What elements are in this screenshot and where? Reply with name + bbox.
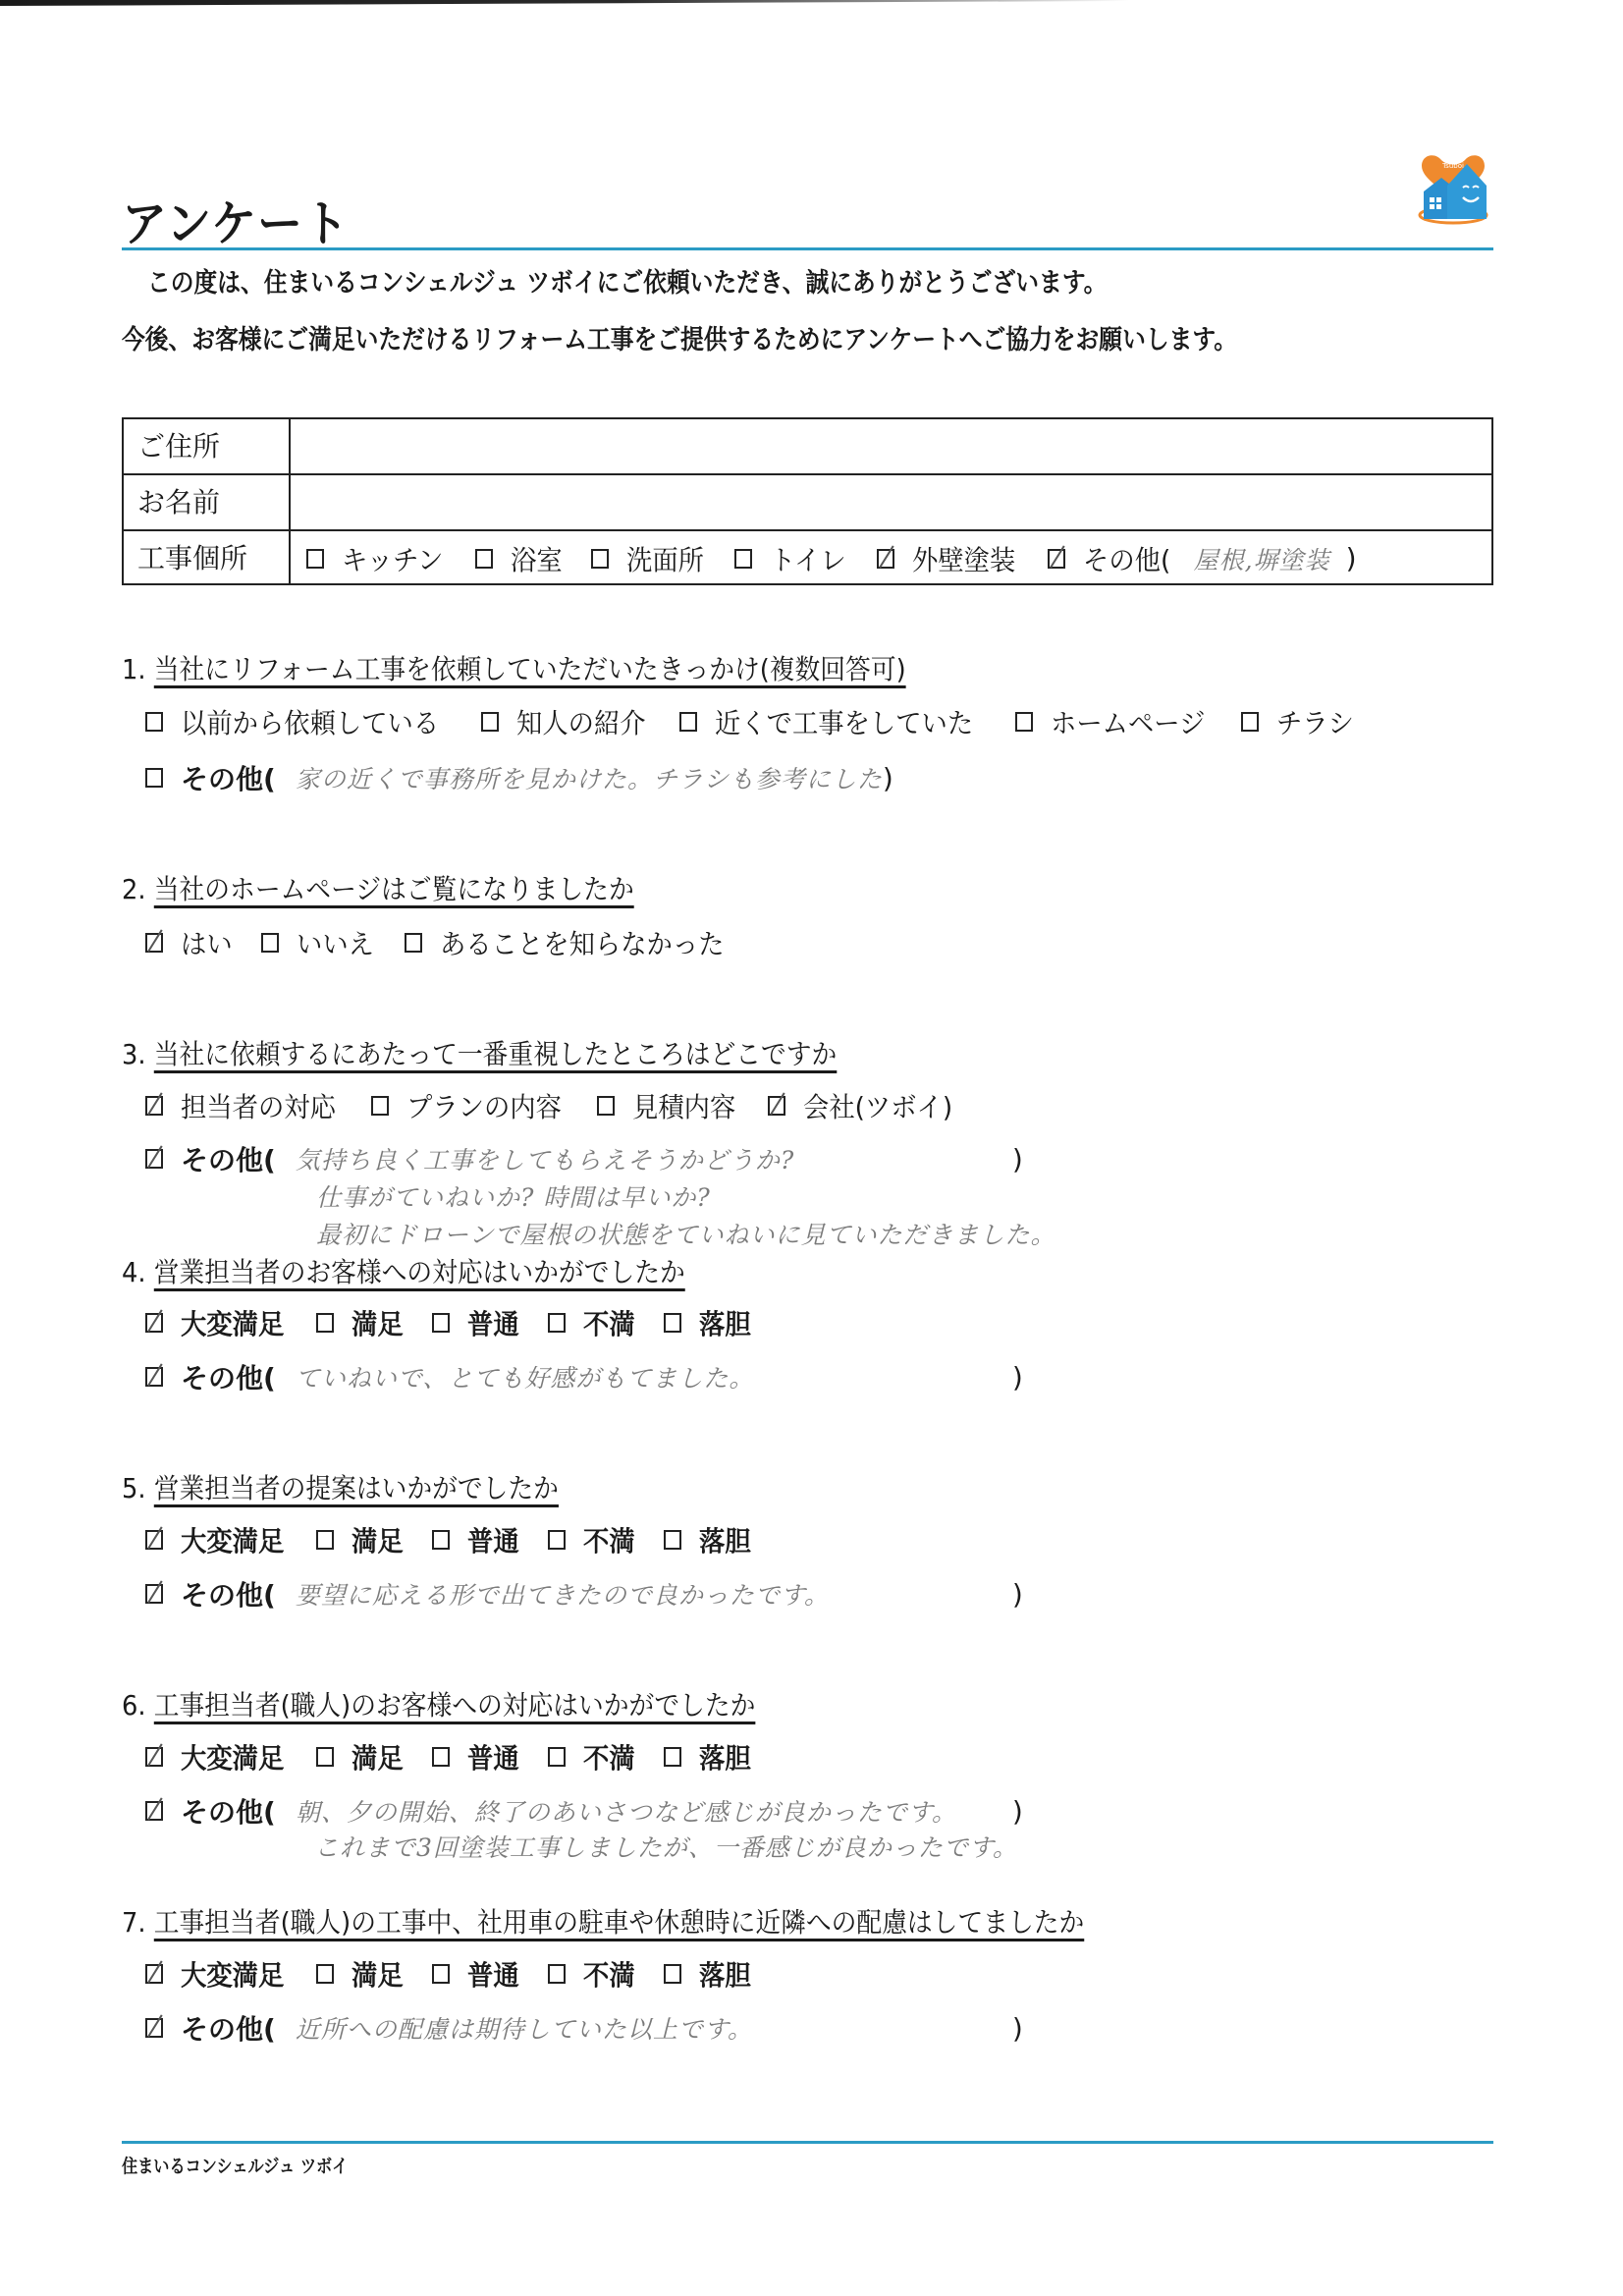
q5-other-text[interactable]: 要望に応える形で出てきたので良かったです。 [296, 1576, 1012, 1612]
checkbox[interactable] [432, 1964, 450, 1984]
q5-option-satisfied[interactable]: 満足 [316, 1520, 406, 1559]
question-3-title: 3. 当社に依頼するにあたって一番重視したところはどこですか [122, 1033, 837, 1072]
q7-option-satisfied[interactable]: 満足 [316, 1954, 406, 1994]
q3-option-staff[interactable]: 担当者の対応 [145, 1086, 346, 1125]
q6-other-text[interactable]: 朝、夕の開始、終了のあいさつなど感じが良かったです。 [296, 1793, 1012, 1829]
company-logo-icon: Tsuboi [1414, 152, 1492, 231]
q6-option-dissatisfied[interactable]: 不満 [548, 1737, 638, 1777]
checkbox[interactable] [1015, 712, 1033, 732]
q7-option-neutral[interactable]: 普通 [432, 1954, 522, 1994]
question-7-options: 大変満足 満足 普通 不満 落胆 [145, 1954, 780, 1994]
checkbox[interactable] [664, 1747, 681, 1767]
question-6-title: 6. 工事担当者(職人)のお客様への対応はいかがでしたか [122, 1684, 755, 1723]
address-field[interactable] [293, 419, 1491, 473]
option-washroom[interactable]: 洗面所 [591, 539, 709, 578]
intro-line-1: この度は、住まいるコンシェルジュ ツボイにご依頼いただき、誠にありがとうございま… [147, 261, 1107, 300]
q6-option-disappointed[interactable]: 落胆 [664, 1737, 754, 1777]
checkbox-checked[interactable] [145, 2018, 163, 2038]
checkbox[interactable] [316, 1313, 334, 1333]
checkbox[interactable] [405, 933, 422, 953]
question-4-other: その他( ていねいで、とても好感がもてました。 ) [145, 1357, 1023, 1396]
q5-option-very-satisfied[interactable]: 大変満足 [145, 1520, 291, 1559]
q4-other-text[interactable]: ていねいで、とても好感がもてました。 [296, 1359, 1012, 1394]
question-1-other: その他( 家の近くで事務所を見かけた。チラシも参考にした ) [145, 758, 893, 797]
name-row: お名前 [124, 475, 1491, 531]
q2-option-yes[interactable]: はい [145, 923, 236, 962]
page-title: アンケート [122, 185, 350, 255]
option-kitchen[interactable]: キッチン [306, 539, 450, 578]
address-label: ご住所 [124, 419, 291, 473]
option-toilet[interactable]: トイレ [734, 539, 851, 578]
checkbox[interactable] [481, 712, 499, 732]
question-4-title: 4. 営業担当者のお客様への対応はいかがでしたか [122, 1251, 685, 1290]
question-2-title: 2. 当社のホームページはご覧になりましたか [122, 868, 634, 907]
header-rule [122, 247, 1493, 250]
q6-option-satisfied[interactable]: 満足 [316, 1737, 406, 1777]
checkbox[interactable] [261, 933, 279, 953]
checkbox[interactable] [548, 1964, 566, 1984]
q3-option-plan[interactable]: プランの内容 [371, 1086, 571, 1125]
q4-option-satisfied[interactable]: 満足 [316, 1303, 406, 1342]
q5-option-dissatisfied[interactable]: 不満 [548, 1520, 638, 1559]
checkbox-checked[interactable] [145, 1096, 163, 1116]
option-bathroom[interactable]: 浴室 [475, 539, 566, 578]
q7-other-text[interactable]: 近所への配慮は期待していた以上です。 [296, 2010, 1012, 2046]
checkbox[interactable] [475, 549, 493, 569]
address-row: ご住所 [124, 419, 1491, 475]
checkbox[interactable] [371, 1096, 389, 1116]
checkbox-checked[interactable] [145, 1801, 163, 1821]
q5-option-disappointed[interactable]: 落胆 [664, 1520, 754, 1559]
checkbox[interactable] [664, 1313, 681, 1333]
customer-info-table: ご住所 お名前 工事個所 キッチン 浴室 洗面所 トイレ 外壁塗装 その他( 屋… [122, 417, 1493, 585]
checkbox-checked[interactable] [1048, 549, 1065, 569]
question-5-other: その他( 要望に応える形で出てきたので良かったです。 ) [145, 1574, 1023, 1613]
location-label: 工事個所 [124, 531, 291, 585]
question-5-title: 5. 営業担当者の提案はいかがでしたか [122, 1467, 559, 1506]
q1-option-previous[interactable]: 以前から依頼している [145, 702, 456, 741]
checkbox[interactable] [316, 1747, 334, 1767]
checkbox[interactable] [679, 712, 697, 732]
question-1-options: 以前から依頼している 知人の紹介 近くで工事をしていた ホームページ チラシ [145, 702, 1384, 741]
checkbox-checked[interactable] [145, 1530, 163, 1550]
q4-option-very-satisfied[interactable]: 大変満足 [145, 1303, 291, 1342]
q6-option-neutral[interactable]: 普通 [432, 1737, 522, 1777]
checkbox[interactable] [145, 712, 163, 732]
checkbox[interactable] [664, 1530, 681, 1550]
checkbox[interactable] [432, 1530, 450, 1550]
option-other[interactable]: その他( [1048, 539, 1176, 578]
checkbox[interactable] [306, 549, 324, 569]
q2-option-no[interactable]: いいえ [261, 923, 379, 962]
checkbox-checked[interactable] [145, 1367, 163, 1387]
checkbox[interactable] [145, 768, 163, 788]
checkbox[interactable] [664, 1964, 681, 1984]
footer-company: 住まいるコンシェルジュ ツボイ [122, 2152, 348, 2178]
checkbox[interactable] [734, 549, 752, 569]
option-exterior-paint[interactable]: 外壁塗装 [877, 539, 1022, 578]
q2-option-unaware[interactable]: あることを知らなかった [405, 923, 742, 962]
checkbox[interactable] [432, 1313, 450, 1333]
q7-option-dissatisfied[interactable]: 不満 [548, 1954, 638, 1994]
name-field[interactable] [293, 475, 1491, 529]
checkbox-checked[interactable] [145, 1584, 163, 1604]
q3-other-text-line2[interactable]: 仕事がていねいか? 時間は早いか? [316, 1178, 711, 1214]
q3-other-text-line3[interactable]: 最初にドローンで屋根の状態をていねいに見ていただきました。 [316, 1216, 1056, 1251]
q7-option-disappointed[interactable]: 落胆 [664, 1954, 754, 1994]
checkbox-checked[interactable] [768, 1096, 785, 1116]
question-4-options: 大変満足 満足 普通 不満 落胆 [145, 1303, 780, 1342]
question-6-other: その他( 朝、夕の開始、終了のあいさつなど感じが良かったです。 ) [145, 1791, 1023, 1831]
q4-option-dissatisfied[interactable]: 不満 [548, 1303, 638, 1342]
checkbox[interactable] [1241, 712, 1259, 732]
question-7-title: 7. 工事担当者(職人)の工事中、社用車の駐車や休憩時に近隣への配慮はしてました… [122, 1901, 1084, 1941]
location-options: キッチン 浴室 洗面所 トイレ 外壁塗装 その他( 屋根,塀塗装 ) [293, 531, 1491, 585]
svg-text:Tsuboi: Tsuboi [1441, 162, 1464, 170]
name-label: お名前 [124, 475, 291, 529]
checkbox[interactable] [316, 1964, 334, 1984]
q4-option-disappointed[interactable]: 落胆 [664, 1303, 754, 1342]
q6-option-very-satisfied[interactable]: 大変満足 [145, 1737, 291, 1777]
checkbox[interactable] [548, 1313, 566, 1333]
checkbox[interactable] [597, 1096, 615, 1116]
q3-option-estimate[interactable]: 見積内容 [597, 1086, 742, 1125]
checkbox-checked[interactable] [145, 1149, 163, 1169]
checkbox-checked[interactable] [145, 1313, 163, 1333]
q1-other-text[interactable]: 家の近くで事務所を見かけた。チラシも参考にした [296, 760, 883, 795]
q3-other-text[interactable]: 気持ち良く工事をしてもらえそうかどうか? [296, 1141, 1012, 1176]
question-1-title: 1. 当社にリフォーム工事を依頼していただいたきっかけ(複数回答可) [122, 648, 906, 687]
checkbox[interactable] [316, 1530, 334, 1550]
checkbox-checked[interactable] [145, 1747, 163, 1767]
scan-edge-shadow [0, 0, 1129, 6]
checkbox-checked[interactable] [145, 1964, 163, 1984]
checkbox[interactable] [591, 549, 609, 569]
footer-rule [122, 2141, 1493, 2144]
q1-option-referral[interactable]: 知人の紹介 [481, 702, 654, 741]
checkbox-checked[interactable] [145, 933, 163, 953]
checkbox[interactable] [548, 1530, 566, 1550]
question-2-options: はい いいえ あることを知らなかった [145, 923, 768, 962]
checkbox[interactable] [432, 1747, 450, 1767]
question-3-other: その他( 気持ち良く工事をしてもらえそうかどうか? ) [145, 1139, 1023, 1178]
question-6-options: 大変満足 満足 普通 不満 落胆 [145, 1737, 780, 1777]
q1-option-nearby[interactable]: 近くで工事をしていた [679, 702, 990, 741]
intro-line-2: 今後、お客様にご満足いただけるリフォーム工事をご提供するためにアンケートへご協力… [122, 318, 1237, 356]
q1-option-flyer[interactable]: チラシ [1241, 702, 1359, 741]
q7-option-very-satisfied[interactable]: 大変満足 [145, 1954, 291, 1994]
q4-option-neutral[interactable]: 普通 [432, 1303, 522, 1342]
location-other-text[interactable]: 屋根,塀塗装 [1194, 541, 1330, 576]
question-7-other: その他( 近所への配慮は期待していた以上です。 ) [145, 2008, 1023, 2048]
location-row: 工事個所 キッチン 浴室 洗面所 トイレ 外壁塗装 その他( 屋根,塀塗装 ) [124, 531, 1491, 585]
question-3-options: 担当者の対応 プランの内容 見積内容 会社(ツボイ) [145, 1086, 988, 1125]
checkbox[interactable] [548, 1747, 566, 1767]
q6-other-text-line2[interactable]: これまで3回塗装工事しましたが、一番感じが良かったです。 [314, 1829, 1018, 1864]
q5-option-neutral[interactable]: 普通 [432, 1520, 522, 1559]
question-5-options: 大変満足 満足 普通 不満 落胆 [145, 1520, 780, 1559]
q1-option-homepage[interactable]: ホームページ [1015, 702, 1215, 741]
checkbox-checked[interactable] [877, 549, 894, 569]
q3-option-company[interactable]: 会社(ツボイ) [768, 1086, 962, 1125]
